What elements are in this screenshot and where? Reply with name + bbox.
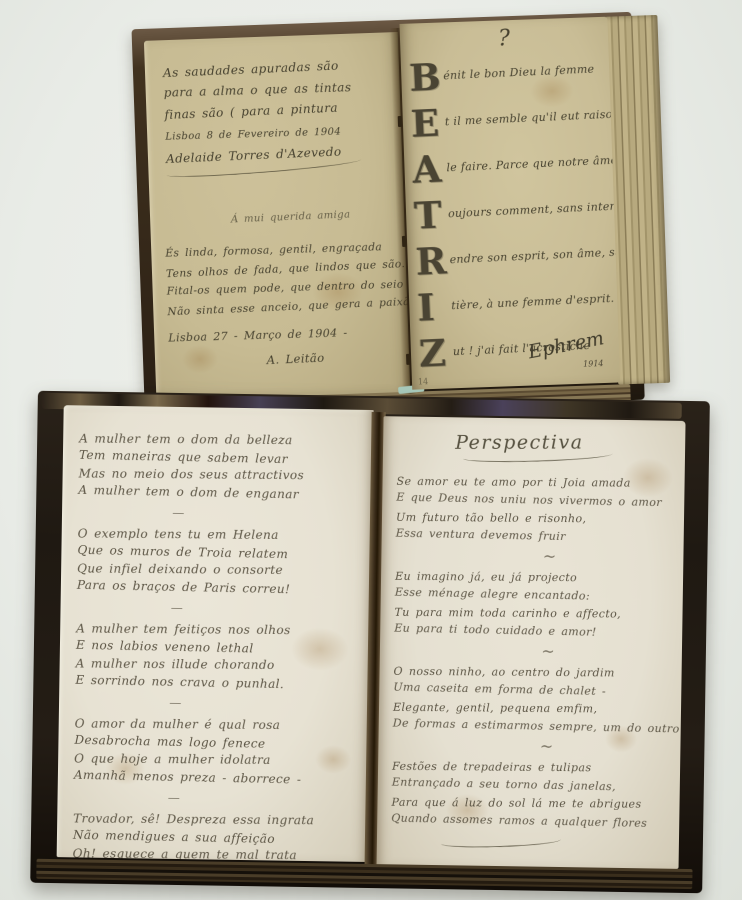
- handwritten-line: E sorrindo nos crava o punhal.: [75, 671, 316, 694]
- stanza: Festões de trepadeiras e tulipas Entranç…: [391, 756, 685, 833]
- page-number: 14: [418, 377, 428, 386]
- stanza: O amor da mulher é qual rosa Desabrocha …: [74, 714, 316, 788]
- handwritten-line: oujours comment, sans intention: [448, 198, 620, 220]
- end-flourish: [441, 835, 561, 848]
- top-book-right-page: ? B énit le bon Dieu la femme E t il me …: [399, 17, 620, 390]
- poem-page-text: A mulher tem o dom da belleza Tem maneir…: [73, 429, 321, 862]
- page-question-mark: ?: [400, 23, 609, 55]
- stanza: Trovador, sê! Despreza essa ingrata Não …: [73, 809, 315, 862]
- bottom-book-right-page: Perspectiva Se amor eu te amo por ti Joi…: [377, 416, 686, 869]
- title-flourish: [463, 449, 613, 463]
- stitch: [402, 236, 406, 247]
- handwritten-line: endre son esprit, son âme, sa vie: [449, 244, 620, 266]
- illuminated-initial: A: [412, 149, 448, 189]
- handwritten-line: le faire. Parce que notre âme: [446, 153, 617, 174]
- illuminated-initial: R: [415, 241, 451, 281]
- signature-line: A. Leitão: [169, 344, 410, 374]
- poem-block: Á mui querida amiga És linda, formosa, g…: [164, 203, 410, 373]
- photo-scene: As saudades apuradas são para a alma o q…: [0, 0, 742, 900]
- stanza: A mulher tem feitiços nos olhos E nos la…: [75, 619, 317, 693]
- squiggle-separator: ~: [377, 737, 686, 757]
- stitch: [398, 116, 402, 127]
- handwritten-line: t il me semble qu'il eut raison: [445, 107, 621, 128]
- squiggle-separator: ~: [377, 547, 686, 567]
- handwritten-line: Amanhã menos preza - aborrece -: [74, 766, 315, 789]
- squiggle-separator: ~: [377, 642, 686, 662]
- handwritten-line: énit le bon Dieu la femme: [443, 62, 595, 82]
- dedication-block: As saudades apuradas são para a alma o q…: [163, 55, 362, 176]
- bottom-notebook: A mulher tem o dom da belleza Tem maneir…: [30, 391, 710, 899]
- stanza-separator: —: [57, 599, 318, 617]
- stitch: [406, 354, 410, 365]
- illuminated-initial: E: [410, 103, 446, 143]
- poem-page-text: Perspectiva Se amor eu te amo por ti Joi…: [391, 430, 686, 850]
- stanza: Se amor eu te amo por ti Joia amada E qu…: [396, 471, 686, 548]
- stanza-separator: —: [57, 789, 315, 807]
- stanza: A mulher tem o dom da belleza Tem maneir…: [78, 429, 320, 503]
- illuminated-initial: B: [408, 57, 444, 97]
- bottom-book-left-page: A mulher tem o dom da belleza Tem maneir…: [57, 405, 374, 862]
- stanza-separator: —: [57, 504, 319, 522]
- place-date-line: Lisboa 27 - Março de 1904 -: [168, 321, 410, 347]
- top-notebook: As saudades apuradas são para a alma o q…: [131, 0, 671, 425]
- stain: [308, 739, 359, 780]
- stanza: O exemplo tens tu em Helena Que os muros…: [77, 524, 319, 598]
- handwritten-line: A mulher tem o dom de enganar: [78, 481, 319, 504]
- illuminated-initial: Z: [418, 333, 454, 373]
- stanza-separator: —: [57, 694, 316, 712]
- handwritten-line: Para os braços de Paris correu!: [77, 576, 318, 599]
- stanza: Eu imagino já, eu já projecto Esse ménag…: [394, 566, 685, 643]
- signature-date: 1914: [583, 359, 604, 369]
- illuminated-initial: T: [413, 195, 449, 235]
- poem-heading: Á mui querida amiga: [164, 202, 410, 232]
- stanza: O nosso ninho, ao centro do jardim Uma c…: [393, 661, 686, 738]
- handwritten-line: tière, à une femme d'esprit.: [451, 292, 615, 312]
- illuminated-initial: I: [416, 287, 452, 327]
- top-book-left-page: As saudades apuradas são para a alma o q…: [144, 32, 410, 401]
